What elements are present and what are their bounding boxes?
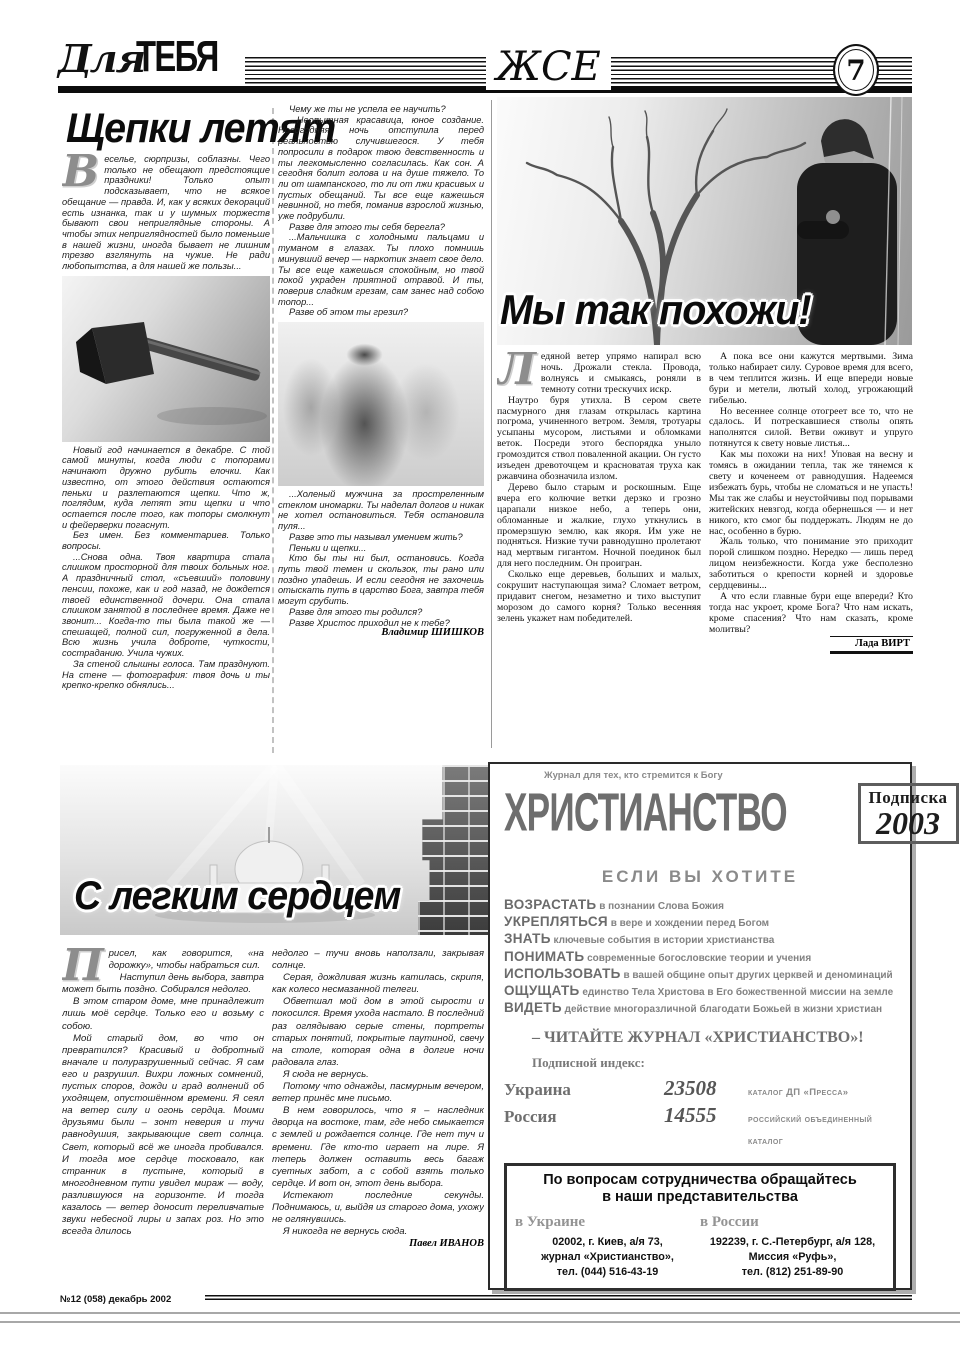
masthead-bar: [58, 86, 912, 93]
article3-headline: С легким сердцем: [74, 874, 400, 919]
article-paragraph: Разве это ты называл умением жить?: [278, 532, 484, 543]
contact-region: в Украине: [515, 1214, 700, 1231]
contact-title-line1: По вопросам сотрудничества обращайтесь: [515, 1172, 885, 1189]
article-paragraph: Серая, дождливая жизнь катилась, скрипя,…: [272, 972, 484, 996]
page-number-badge: 7: [833, 44, 879, 96]
article-paragraph: Потому что однажды, пасмурным вечером, в…: [272, 1081, 484, 1105]
contact-title-line2: в наши представительства: [515, 1189, 885, 1206]
article-paragraph: Веселье, сюрпризы, соблазны. Чего только…: [62, 154, 270, 272]
article1-column2: Чему же ты не успела ее научить? ...Неоп…: [278, 104, 484, 756]
logo-script-word: Для: [58, 36, 144, 81]
index-catalog: каталог ДП «Пресса»: [748, 1082, 896, 1104]
article-paragraph: ...Неопытная красавица, юное создание. Н…: [278, 115, 484, 222]
footer-bottom-rule: [0, 1312, 960, 1323]
article-paragraph: Жаль только, что понимание это приходит …: [709, 537, 913, 592]
article-paragraph: Разве об этом ты грезил?: [278, 307, 484, 318]
ad-read-line: – ЧИТАЙТЕ ЖУРНАЛ «ХРИСТИАНСТВО»!: [532, 1029, 896, 1047]
contact-address: 02002, г. Киев, а/я 73, журнал «Христиан…: [515, 1235, 700, 1280]
ad-benefit-item: ВОЗРАСТАТЬ в познании Слова Божия: [504, 897, 896, 914]
article3-author: Павел ИВАНОВ: [272, 1238, 484, 1250]
page-number: 7: [846, 54, 865, 87]
christianity-journal-ad: Журнал для тех, кто стремится к Богу ХРИ…: [488, 762, 912, 1290]
issue-number: №12 (058) декабрь 2002: [60, 1294, 171, 1305]
article-paragraph: ...Снова одна. Твоя квартира стала слишк…: [62, 552, 270, 659]
column-rule-dashed: [272, 108, 274, 753]
ad-benefit-item: ИСПОЛЬЗОВАТЬ в вашей общине опыт других …: [504, 966, 896, 983]
article-paragraph: В этом старом доме, мне принадлежит лишь…: [62, 996, 264, 1032]
contact-address: 192239, г. С.-Петербург, а/я 128, Миссия…: [700, 1235, 885, 1280]
article-paragraph: Кто бы ты ни был, остановись. Когда путь…: [278, 553, 484, 607]
article2-headline: Мы так похожи!: [500, 286, 811, 334]
ad-benefit-item: УКРЕПЛЯТЬСЯ в вере и хождении перед Бого…: [504, 914, 896, 931]
article-paragraph: Обветшал мой дом в этой сырости и покоси…: [272, 996, 484, 1069]
article1-column1: Веселье, сюрпризы, соблазны. Чего только…: [62, 154, 270, 758]
article3-column1: Присел, как говорится, «на дорожку», что…: [62, 948, 264, 1288]
article-paragraph: В нем говорилось, что я – наследник двор…: [272, 1105, 484, 1190]
subscription-index-row: Россия 14555 российский объединенный кат…: [504, 1104, 896, 1153]
subscription-badge: Подписка 2003: [858, 783, 959, 844]
footer-rule: [205, 1295, 912, 1302]
column-rule-center: [491, 100, 492, 748]
masthead-ornament: ЖСЕ: [486, 44, 611, 90]
article2-column2: А пока все они кажутся мертвыми. Зима то…: [709, 352, 913, 748]
ad-benefit-item: ПОНИМАТЬ современные богословские теории…: [504, 949, 896, 966]
dropcap-letter: П: [62, 950, 104, 982]
dropcap-letter: В: [62, 156, 99, 188]
article-paragraph: Ледяной ветер упрямо напирал всю ночь. Д…: [497, 352, 701, 396]
ad-index-label: Подписной индекс:: [532, 1055, 896, 1071]
newspaper-logo: ДляТЕБЯ: [58, 36, 245, 84]
article-paragraph: Истекают последние секунды. Поднимаюсь, …: [272, 1190, 484, 1226]
ad-benefit-item: ЗНАТЬ ключевые события в истории христиа…: [504, 931, 896, 948]
article2-column1: Ледяной ветер упрямо напирал всю ночь. Д…: [497, 352, 701, 748]
article-paragraph: А что если главные бури еще впереди? Кто…: [709, 592, 913, 636]
subscription-year: 2003: [869, 808, 948, 838]
article-paragraph: Присел, как говорится, «на дорожку», что…: [62, 948, 264, 972]
article-paragraph: Чему же ты не успела ее научить?: [278, 104, 484, 115]
ad-tagline: Журнал для тех, кто стремится к Богу: [544, 770, 896, 781]
article-paragraph: Дерево было старым и роскошным. Еще вчер…: [497, 483, 701, 570]
article2-author: Лада ВИРТ: [709, 636, 913, 655]
contact-region: в России: [700, 1214, 885, 1231]
axe-illustration: [62, 276, 270, 442]
ad-benefit-item: ВИДЕТЬ действие многоразличной благодати…: [504, 1000, 896, 1017]
axe-photo: [62, 276, 270, 442]
article-paragraph: Сколько еще деревьев, больших и малых, с…: [497, 570, 701, 625]
crowd-photo: [278, 322, 484, 486]
ad-journal-title: ХРИСТИАНСТВО: [504, 783, 787, 844]
article-paragraph: Наутро буря утихла. В сером свете пасмур…: [497, 396, 701, 483]
ad-benefit-item: ОЩУЩАТЬ единство Тела Христова в Его бож…: [504, 983, 896, 1000]
ad-section-title: ЕСЛИ ВЫ ХОТИТЕ: [504, 867, 896, 887]
index-catalog: российский объединенный каталог: [748, 1109, 896, 1153]
contact-russia: в России 192239, г. С.-Петербург, а/я 12…: [700, 1214, 885, 1280]
index-code: 23508: [664, 1077, 748, 1099]
article-paragraph: За стеной слышны голоса. Там празднуют. …: [62, 659, 270, 691]
article-paragraph: недолго – тучи вновь наползали, закрывая…: [272, 948, 484, 972]
logo-caps-word: ТЕБЯ: [136, 33, 218, 83]
article3-column2: недолго – тучи вновь наползали, закрывая…: [272, 948, 484, 1288]
article-paragraph: ...Мальчишка с холодными пальцами и тума…: [278, 232, 484, 307]
article-paragraph: А пока все они кажутся мертвыми. Зима то…: [709, 352, 913, 407]
index-code: 14555: [664, 1104, 748, 1126]
article-paragraph: Я никогда не вернусь сюда.: [272, 1226, 484, 1238]
index-country: Украина: [504, 1079, 664, 1101]
article-paragraph: Разве для этого ты себя берегла?: [278, 222, 484, 233]
ad-contact-box: По вопросам сотрудничества обращайтесь в…: [504, 1163, 896, 1291]
article-paragraph: Без имен. Без комментариев. Только вопро…: [62, 530, 270, 551]
article-paragraph: ...Холеный мужчина за простреленным стек…: [278, 489, 484, 532]
article-paragraph: Но весеннее солнце отогреет все то, что …: [709, 407, 913, 451]
article-paragraph: Мой старый дом, во что он превратился? К…: [62, 1033, 264, 1239]
newspaper-page: ДляТЕБЯ ЖСЕ 7 Щепки летят Веселье, сюрпр…: [0, 0, 960, 1358]
article-paragraph: Я сюда не вернусь.: [272, 1069, 484, 1081]
index-country: Россия: [504, 1106, 664, 1128]
subscription-index-row: Украина 23508 каталог ДП «Пресса»: [504, 1077, 896, 1104]
article1-author: Владимир ШИШКОВ: [278, 628, 484, 639]
article-paragraph: Как мы похожи на них! Уповая на весну и …: [709, 450, 913, 537]
article-paragraph: Разве для этого ты родился?: [278, 607, 484, 618]
article-paragraph: Пеньки и щепки...: [278, 543, 484, 554]
contact-ukraine: в Украине 02002, г. Киев, а/я 73, журнал…: [515, 1214, 700, 1280]
dropcap-letter: Л: [497, 354, 536, 386]
article-paragraph: Новый год начинается в декабре. С той са…: [62, 445, 270, 531]
